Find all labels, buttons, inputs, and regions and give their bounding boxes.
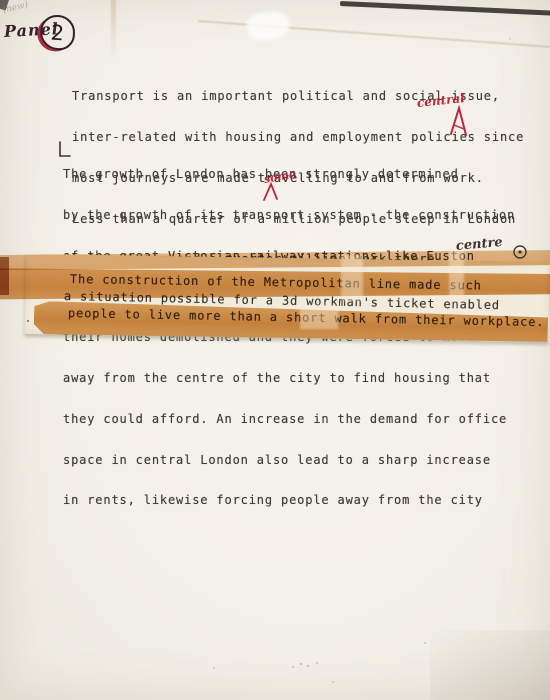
page-top-edge-line <box>340 1 550 16</box>
tape-overlap-highlight <box>449 250 464 302</box>
tape-torn-edge <box>0 257 9 295</box>
panel-number: 2 <box>50 20 65 45</box>
typed-line: by the growth of its transport system - … <box>63 209 515 223</box>
typed-line: in rents, likewise forcing people away f… <box>63 494 515 508</box>
caret-icon <box>260 181 282 203</box>
vertical-crease <box>111 0 116 58</box>
circled-period-icon <box>512 244 528 260</box>
tape-overlap-highlight <box>300 305 338 329</box>
paragraph-mark-icon <box>56 140 72 160</box>
typed-line: away from the centre of the city to find… <box>63 372 515 386</box>
tape-overlap-highlight <box>341 255 363 301</box>
dust-specks <box>0 0 2 2</box>
typed-line: they could afford. An increase in the de… <box>63 413 515 427</box>
correction-smudge <box>245 9 290 43</box>
circled-panel-number: 2 <box>39 14 76 51</box>
typed-line: space in central London also lead to a s… <box>63 454 515 468</box>
scanned-document-page: (new) Panel 2 Transport is an important … <box>0 0 550 700</box>
caret-icon <box>448 105 474 141</box>
corner-shadow <box>430 630 550 700</box>
